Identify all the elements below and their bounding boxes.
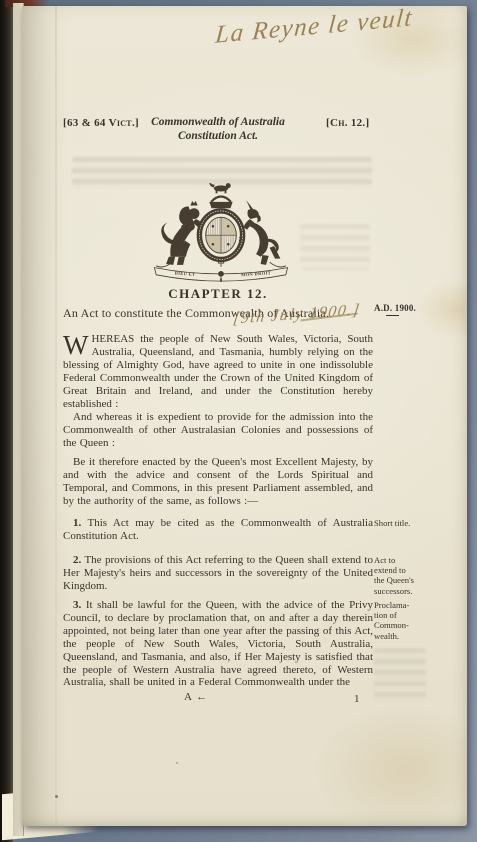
- enacting-clause: Be it therefore enacted by the Queen's m…: [63, 456, 373, 508]
- section-1: 1. This Act may be cited as the Commonwe…: [63, 517, 373, 543]
- margin-note-queens-successors: Act to extend to the Queen's successors.: [374, 555, 428, 596]
- paper-speck: [55, 795, 58, 798]
- section-1-text: This Act may be cited as the Commonwealt…: [63, 517, 373, 542]
- section-1-number: 1.: [73, 517, 81, 529]
- lion-supporter: [161, 201, 203, 265]
- section-3: 3. It shall be lawful for the Queen, wit…: [63, 599, 373, 689]
- header-act-name-line2: Constitution Act.: [138, 129, 298, 143]
- margin-note-year: A.D. 1900.: [374, 303, 416, 316]
- header-act-name: Commonwealth of Australia Constitution A…: [138, 115, 298, 143]
- margin-note-short-title: Short title.: [374, 518, 428, 528]
- printer-signature-mark: A ←: [184, 691, 208, 703]
- page-gutter-crease: [55, 6, 57, 826]
- crown-icon: [209, 197, 232, 209]
- margin-year-text: A.D. 1900.: [374, 303, 416, 313]
- section-3-text: It shall be lawful for the Queen, with t…: [63, 599, 373, 688]
- dropcap-w: W: [63, 333, 91, 357]
- paper-speck: [176, 762, 178, 764]
- section-2: 2. The provisions of this Act referring …: [63, 554, 373, 593]
- garter-shield: [199, 211, 242, 267]
- section-2-text: The provisions of this Act referring to …: [63, 554, 373, 592]
- header-regnal-year: [63 & 64 Vict.]: [63, 117, 139, 129]
- header-chapter-number: [Ch. 12.]: [326, 117, 369, 129]
- page-number: 1: [354, 693, 360, 705]
- motto-ribbon: DIEU ET MON DROIT: [154, 268, 287, 282]
- margin-year-rule: [386, 315, 399, 316]
- section-3-number: 3.: [73, 599, 81, 611]
- margin-note-proclamation: Proclama- tion of Common- wealth.: [374, 600, 428, 641]
- bleed-through-text: [300, 224, 370, 270]
- preamble-paragraph: WHEREAS the people of New South Wales, V…: [63, 333, 373, 410]
- section-2-number: 2.: [73, 554, 81, 566]
- header-act-name-line1: Commonwealth of Australia: [138, 115, 298, 129]
- royal-coat-of-arms-engraving: DIEU ET MON DROIT: [142, 183, 300, 282]
- scanned-document: La Reyne le veult [63 & 64 Vict.] Common…: [0, 0, 477, 842]
- chapter-heading: CHAPTER 12.: [63, 286, 373, 302]
- admission-paragraph: And whereas it is expedient to provide f…: [63, 411, 373, 450]
- book-spine-edge: [0, 0, 13, 842]
- preamble-text: HEREAS the people of New South Wales, Vi…: [63, 333, 373, 410]
- bleed-through-text: [374, 648, 426, 702]
- crest-lion: [209, 183, 230, 193]
- unicorn-supporter: [239, 200, 280, 265]
